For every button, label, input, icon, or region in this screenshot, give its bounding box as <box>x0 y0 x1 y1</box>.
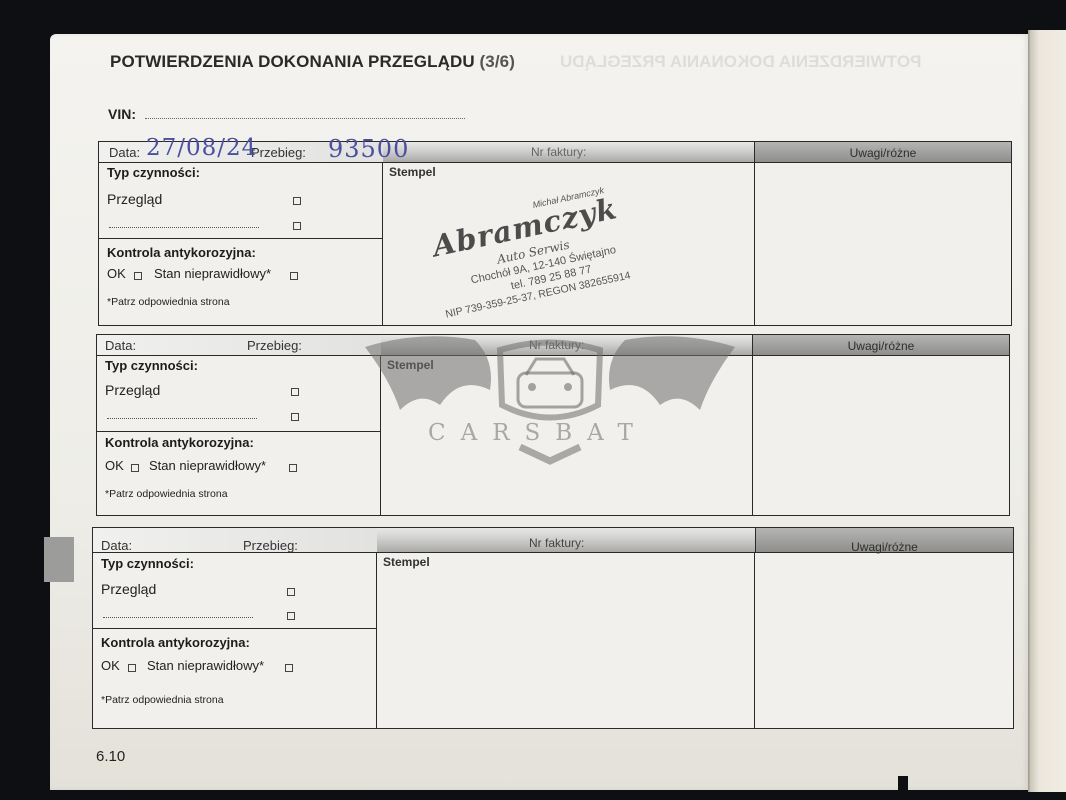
ok-checkbox[interactable] <box>134 272 142 280</box>
page-number: 6.10 <box>96 748 125 765</box>
stamp-label: Stempel <box>383 555 430 569</box>
activity-type-label: Typ czynności: <box>105 358 198 373</box>
entry-block-3: Data: Przebieg: Nr faktury: Uwagi/różne … <box>92 527 1014 729</box>
handwritten-mileage: 93500 <box>328 135 409 163</box>
invoice-label: Nr faktury: <box>529 536 584 550</box>
remarks-label: Uwagi/różne <box>755 146 1011 160</box>
inspection-label: Przegląd <box>101 581 156 597</box>
activity-type-label: Typ czynności: <box>101 556 194 571</box>
other-activity-checkbox[interactable] <box>287 612 295 620</box>
remarks-area[interactable] <box>755 552 1013 728</box>
page-title-suffix: (3/6) <box>480 52 515 71</box>
page-title-text: POTWIERDZENIA DOKONANIA PRZEGLĄDU <box>110 52 475 71</box>
other-activity-field[interactable] <box>103 617 253 618</box>
vin-label: VIN: <box>108 106 136 122</box>
bad-state-checkbox[interactable] <box>290 272 298 280</box>
mileage-label: Przebieg: <box>243 538 298 553</box>
bad-state-label: Stan nieprawidłowy* <box>147 658 264 673</box>
inspection-label: Przegląd <box>105 382 160 398</box>
bad-state-checkbox[interactable] <box>285 664 293 672</box>
invoice-label: Nr faktury: <box>529 338 584 352</box>
bad-state-label: Stan nieprawidłowy* <box>149 458 266 473</box>
stamp-label: Stempel <box>387 358 434 372</box>
entry-header: Data: Przebieg: Nr faktury: Uwagi/różne <box>93 528 1013 553</box>
footnote: *Patrz odpowiednia strona <box>107 296 230 308</box>
page-title: POTWIERDZENIA DOKONANIA PRZEGLĄDU (3/6) <box>110 52 515 72</box>
section-tab-marker <box>44 537 74 582</box>
ok-checkbox[interactable] <box>131 464 139 472</box>
other-activity-field[interactable] <box>107 418 257 419</box>
inspection-checkbox[interactable] <box>293 197 301 205</box>
ok-label: OK <box>105 458 124 473</box>
mileage-label: Przebieg: <box>251 145 306 160</box>
inspection-label: Przegląd <box>107 191 162 207</box>
ok-checkbox[interactable] <box>128 664 136 672</box>
remarks-area[interactable] <box>755 162 1011 325</box>
bad-state-label: Stan nieprawidłowy* <box>154 266 271 281</box>
activity-type-label: Typ czynności: <box>107 165 200 180</box>
inspection-checkbox[interactable] <box>287 588 295 596</box>
ok-label: OK <box>107 266 126 281</box>
entry-header: Data: Przebieg: Nr faktury: Uwagi/różne <box>97 335 1009 356</box>
inspection-checkbox[interactable] <box>291 388 299 396</box>
vin-field[interactable] <box>145 118 465 119</box>
page-edge-marker <box>898 776 908 792</box>
stamp-area: Stempel <box>378 552 755 728</box>
anticorrosion-label: Kontrola antykorozyjna: <box>105 435 254 450</box>
other-activity-checkbox[interactable] <box>291 413 299 421</box>
ok-label: OK <box>101 658 120 673</box>
bleed-through-title: POTWIERDZENIA DOKONANIA PRZEGLĄDU <box>560 52 921 72</box>
remarks-label: Uwagi/różne <box>753 339 1009 353</box>
other-activity-checkbox[interactable] <box>293 222 301 230</box>
mileage-label: Przebieg: <box>247 338 302 353</box>
watermark-text: CARSBAT <box>428 420 648 446</box>
date-label: Data: <box>105 338 136 353</box>
date-label: Data: <box>101 538 132 553</box>
footnote: *Patrz odpowiednia strona <box>101 694 224 706</box>
handwritten-date: 27/08/24 <box>146 135 257 161</box>
invoice-label: Nr faktury: <box>531 145 586 159</box>
remarks-area[interactable] <box>753 355 1009 515</box>
date-label: Data: <box>109 145 140 160</box>
stamp-label: Stempel <box>389 165 436 179</box>
bad-state-checkbox[interactable] <box>289 464 297 472</box>
facing-page-edge <box>1030 30 1066 792</box>
footnote: *Patrz odpowiednia strona <box>105 488 228 500</box>
anticorrosion-label: Kontrola antykorozyjna: <box>107 245 256 260</box>
other-activity-field[interactable] <box>109 227 259 228</box>
anticorrosion-label: Kontrola antykorozyjna: <box>101 635 250 650</box>
